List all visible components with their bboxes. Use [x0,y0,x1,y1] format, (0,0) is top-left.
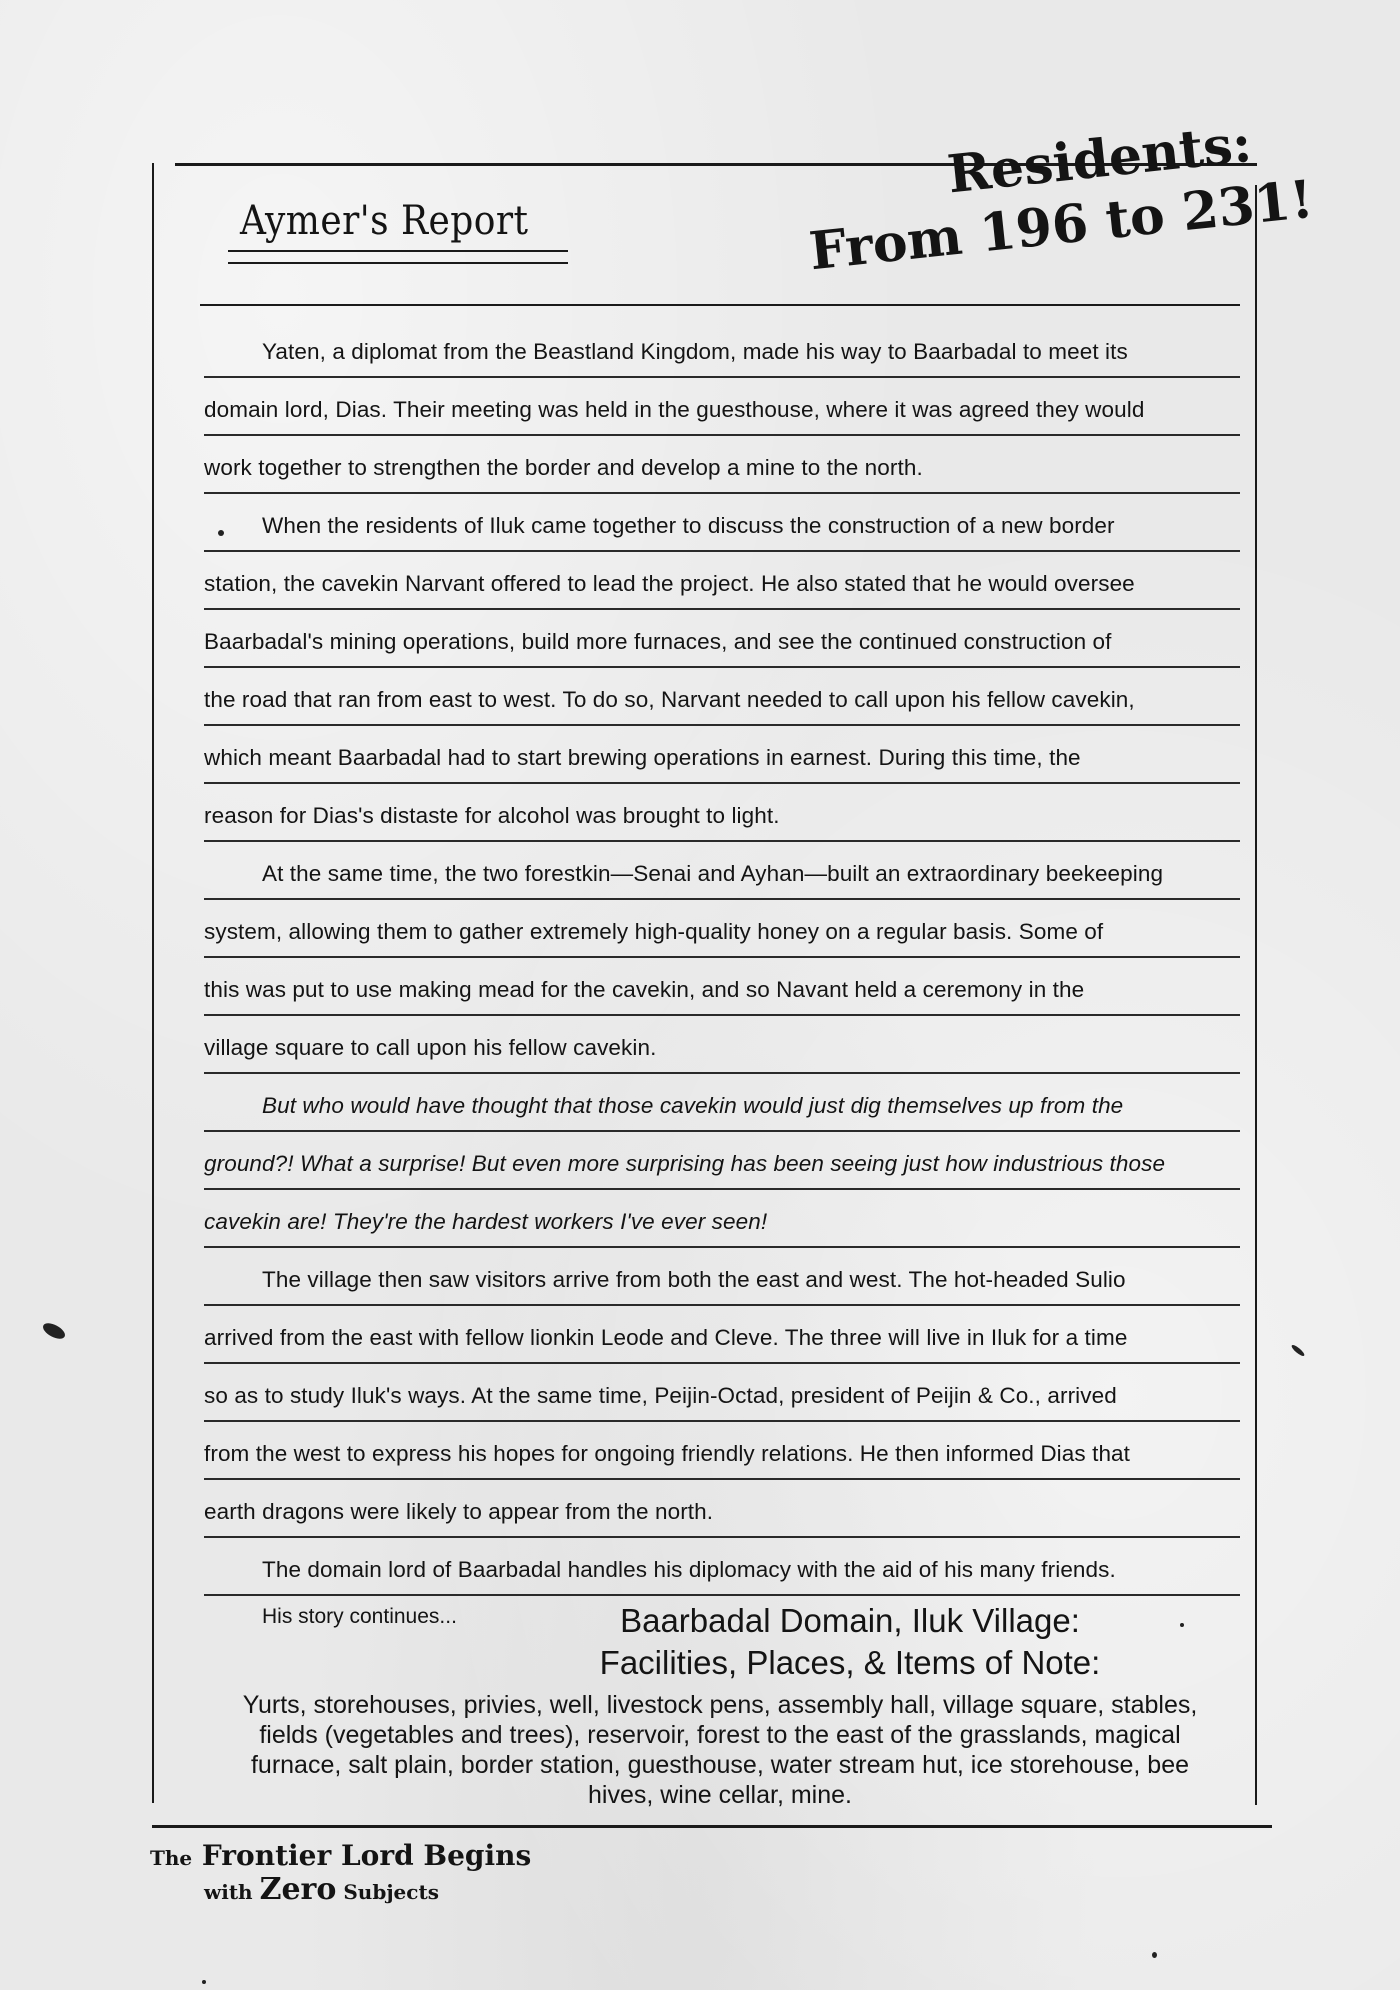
facilities-heading-line-1: Baarbadal Domain, Iluk Village: [560,1600,1140,1642]
body-line: At the same time, the two forestkin—Sena… [204,842,1240,900]
body-line: work together to strengthen the border a… [204,436,1240,494]
body-line: Baarbadal's mining operations, build mor… [204,610,1240,668]
body-line-text: reason for Dias's distaste for alcohol w… [204,784,780,844]
body-line: system, allowing them to gather extremel… [204,900,1240,958]
document-page: Aymer's Report Residents: From 196 to 23… [0,0,1400,1990]
story-continues: His story continues... [262,1605,457,1629]
title-underline [228,250,568,252]
ink-speck [202,1980,206,1984]
body-line-text: domain lord, Dias. Their meeting was hel… [204,378,1144,438]
body-line: cavekin are! They're the hardest workers… [204,1190,1240,1248]
title-underline [228,262,568,264]
body-line-text: At the same time, the two forestkin—Sena… [204,842,1163,902]
body-line-text: earth dragons were likely to appear from… [204,1480,713,1540]
body-line-text: ground?! What a surprise! But even more … [204,1132,1165,1192]
series-logo: The Frontier Lord Begins with Zero Subje… [150,1840,531,1908]
body-line-text: system, allowing them to gather extremel… [204,900,1103,960]
body-line-text: arrived from the east with fellow lionki… [204,1306,1127,1366]
body-line: ground?! What a surprise! But even more … [204,1132,1240,1190]
logo-with: with [204,1880,253,1904]
body-line-text: station, the cavekin Narvant offered to … [204,552,1135,612]
logo-zero: Zero [260,1872,337,1907]
body-line: so as to study Iluk's ways. At the same … [204,1364,1240,1422]
report-title: Aymer's Report [240,198,528,244]
body-line-text: When the residents of Iluk came together… [204,494,1115,554]
facilities-list: Yurts, storehouses, privies, well, lives… [240,1690,1200,1810]
ink-speck [218,530,224,536]
body-line: domain lord, Dias. Their meeting was hel… [204,378,1240,436]
frame-bottom-rule [152,1825,1272,1828]
body-line: But who would have thought that those ca… [204,1074,1240,1132]
body-line: which meant Baarbadal had to start brewi… [204,726,1240,784]
logo-subjects: Subjects [343,1880,439,1904]
body-line: earth dragons were likely to appear from… [204,1480,1240,1538]
body-line: When the residents of Iluk came together… [204,494,1240,552]
body-line-text: this was put to use making mead for the … [204,958,1084,1018]
ink-speck [1180,1623,1184,1627]
frame-left-rule [152,163,154,1803]
body-line: from the west to express his hopes for o… [204,1422,1240,1480]
body-line-text: Yaten, a diplomat from the Beastland Kin… [204,320,1128,380]
header-divider [200,304,1240,306]
body-line-text: Baarbadal's mining operations, build mor… [204,610,1112,670]
body-line: The domain lord of Baarbadal handles his… [204,1538,1240,1596]
report-body: Yaten, a diplomat from the Beastland Kin… [204,320,1240,1596]
body-line-text: The domain lord of Baarbadal handles his… [204,1538,1116,1598]
body-line-text: the road that ran from east to west. To … [204,668,1135,728]
body-line-text: village square to call upon his fellow c… [204,1016,656,1076]
body-line: this was put to use making mead for the … [204,958,1240,1016]
body-line-text: from the west to express his hopes for o… [204,1422,1130,1482]
body-line-text: The village then saw visitors arrive fro… [204,1248,1126,1308]
logo-the: The [150,1846,192,1870]
ink-speck [41,1320,68,1342]
ink-speck [1290,1343,1305,1357]
body-line: The village then saw visitors arrive fro… [204,1248,1240,1306]
body-line-text: But who would have thought that those ca… [204,1074,1123,1134]
facilities-heading: Baarbadal Domain, Iluk Village: Faciliti… [560,1600,1140,1684]
body-line: arrived from the east with fellow lionki… [204,1306,1240,1364]
body-line-text: so as to study Iluk's ways. At the same … [204,1364,1117,1424]
logo-frontier-lord-begins: Frontier Lord Begins [202,1839,531,1872]
body-line-text: which meant Baarbadal had to start brewi… [204,726,1081,786]
headline: Residents: From 196 to 231! [800,107,1316,283]
body-line: village square to call upon his fellow c… [204,1016,1240,1074]
frame-right-rule [1255,185,1257,1805]
body-line-text: work together to strengthen the border a… [204,436,923,496]
body-line: Yaten, a diplomat from the Beastland Kin… [204,320,1240,378]
body-line: reason for Dias's distaste for alcohol w… [204,784,1240,842]
body-line: station, the cavekin Narvant offered to … [204,552,1240,610]
body-line-text: cavekin are! They're the hardest workers… [204,1190,767,1250]
facilities-heading-line-2: Facilities, Places, & Items of Note: [560,1642,1140,1684]
ink-speck [1152,1952,1157,1958]
body-line: the road that ran from east to west. To … [204,668,1240,726]
